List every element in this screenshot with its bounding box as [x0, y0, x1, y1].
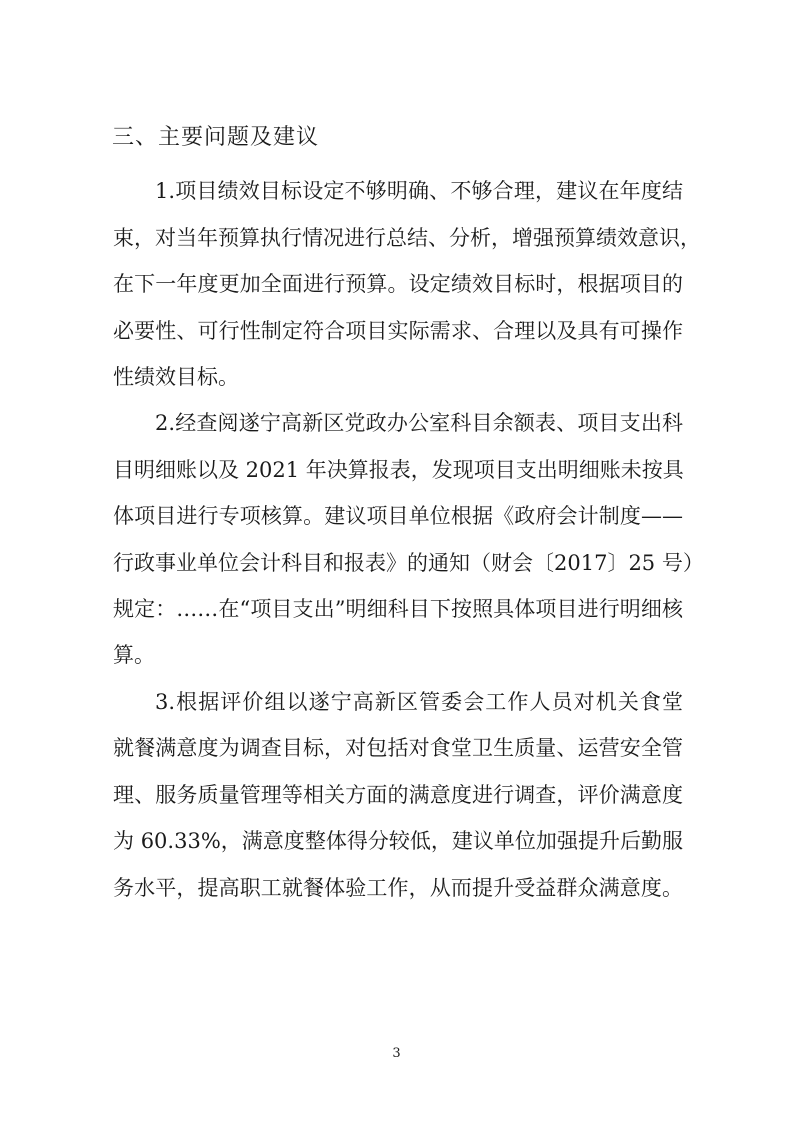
paragraph-line: 务水平，提高职工就餐体验工作，从而提升受益群众满意度。 — [113, 873, 683, 903]
paragraph-line: 行政事业单位会计科目和报表》的通知（财会〔2017〕25 号） — [113, 548, 683, 578]
section-heading: 三、主要问题及建议 — [112, 120, 319, 151]
paragraph-line: 必要性、可行性制定符合项目实际需求、合理以及具有可操作 — [113, 316, 683, 346]
paragraph-line: 1.项目绩效目标设定不够明确、不够合理，建议在年度结 — [155, 176, 683, 206]
paragraph-line: 2.经查阅遂宁高新区党政办公室科目余额表、项目支出科 — [155, 408, 683, 438]
page-number: 3 — [0, 1046, 793, 1061]
paragraph-line: 为 60.33%，满意度整体得分较低，建议单位加强提升后勤服 — [113, 826, 683, 856]
paragraph-line: 目明细账以及 2021 年决算报表，发现项目支出明细账未按具 — [113, 455, 683, 485]
paragraph-line: 体项目进行专项核算。建议项目单位根据《政府会计制度—— — [113, 501, 683, 531]
paragraph-line: 性绩效目标。 — [113, 362, 683, 392]
paragraph-line: 就餐满意度为调查目标，对包括对食堂卫生质量、运营安全管 — [113, 733, 683, 763]
document-page: 三、主要问题及建议 1.项目绩效目标设定不够明确、不够合理，建议在年度结 束，对… — [0, 0, 793, 1122]
paragraph-line: 在下一年度更加全面进行预算。设定绩效目标时，根据项目的 — [113, 269, 683, 299]
paragraph-line: 算。 — [113, 640, 683, 670]
paragraph-line: 规定：……在“项目支出”明细科目下按照具体项目进行明细核 — [113, 594, 683, 624]
paragraph-line: 3.根据评价组以遂宁高新区管委会工作人员对机关食堂 — [155, 687, 683, 717]
paragraph-line: 理、服务质量管理等相关方面的满意度进行调查，评价满意度 — [113, 780, 683, 810]
paragraph-line: 束，对当年预算执行情况进行总结、分析，增强预算绩效意识， — [113, 223, 683, 253]
